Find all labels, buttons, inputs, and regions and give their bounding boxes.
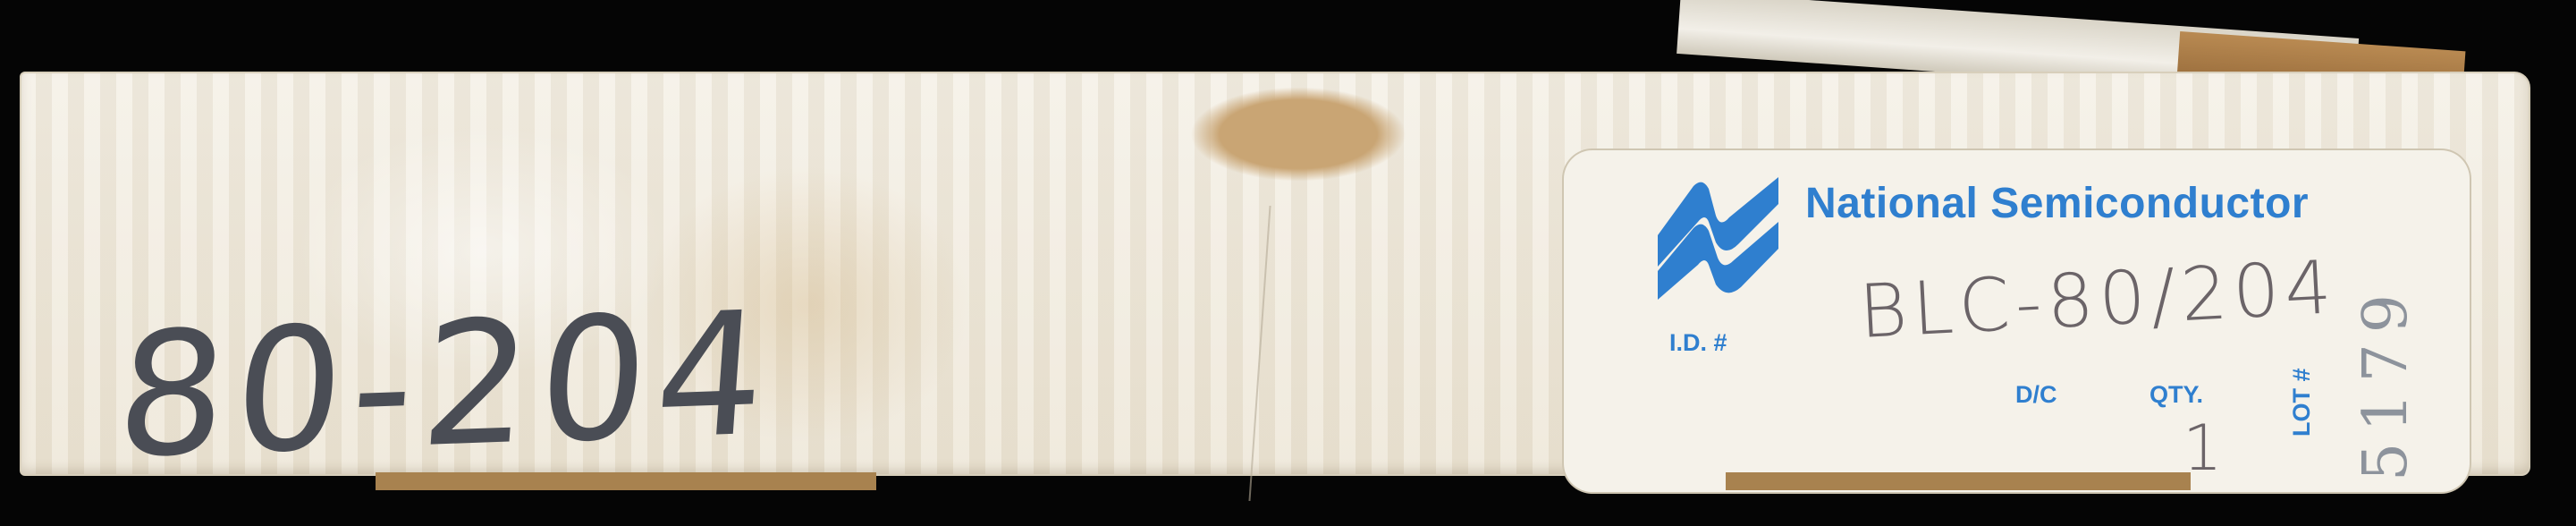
cardboard-box: 80-204 National Semiconductor BLC-80/204… xyxy=(20,72,2530,476)
handwritten-part-number: 80-204 xyxy=(111,275,780,496)
id-value-handwritten: BLC-80/204 xyxy=(1857,245,2339,355)
box-bottom-flap xyxy=(376,472,876,490)
dc-field-label: D/C xyxy=(2015,381,2057,409)
manufacturer-label: National Semiconductor BLC-80/204 I.D. #… xyxy=(1564,150,2470,492)
lot-value-stamped: 5179 xyxy=(2351,284,2421,481)
id-field-label: I.D. # xyxy=(1669,329,1727,357)
national-semiconductor-logo-icon xyxy=(1653,173,1783,300)
lot-field-label: LOT # xyxy=(2288,368,2316,437)
box-bottom-flap xyxy=(1726,472,2191,490)
qty-field-label: QTY. xyxy=(2149,381,2203,409)
box-crease xyxy=(1248,206,1271,501)
brand-name: National Semiconductor xyxy=(1805,179,2309,228)
